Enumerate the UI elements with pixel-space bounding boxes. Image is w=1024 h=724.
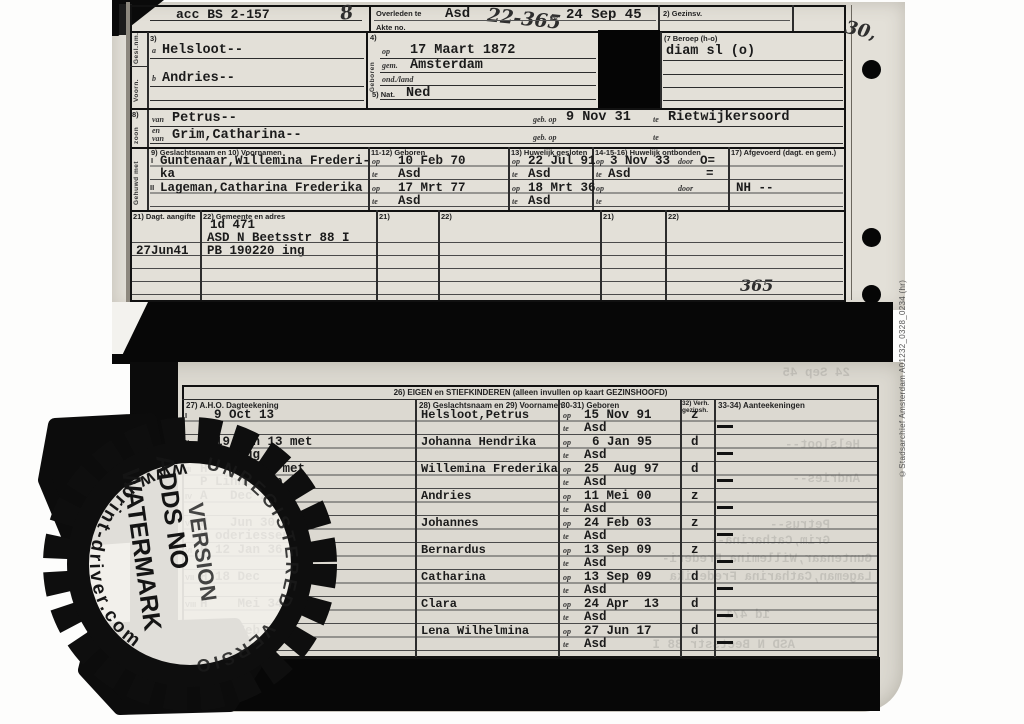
marriage-place: Asd xyxy=(528,167,551,181)
op-label: op xyxy=(512,184,520,193)
handwritten-mark: 8 xyxy=(339,1,355,25)
spouse-name: Lageman,Catharina Frederika xyxy=(160,181,363,195)
note-dash xyxy=(717,425,733,428)
divider xyxy=(438,210,440,300)
te-label: te xyxy=(563,505,569,514)
te-label: te xyxy=(563,478,569,487)
te-label: te xyxy=(512,197,518,206)
child-birth-date: 25 Aug 97 xyxy=(584,462,659,476)
child-name: Willemina Frederika xyxy=(421,462,558,476)
spouse-birth-date: 10 Feb 70 xyxy=(398,154,466,168)
ref3: 3) xyxy=(150,34,157,43)
te-label: te xyxy=(596,170,602,179)
op-label: op xyxy=(512,157,520,166)
col21b-header: 21) xyxy=(379,212,390,221)
rule xyxy=(150,100,364,101)
op-label: op xyxy=(563,519,571,528)
door-label: door xyxy=(678,157,693,166)
child-verh: d xyxy=(691,624,699,638)
child-birth-place: Asd xyxy=(584,502,607,516)
children-section-title: 26) EIGEN en STIEFKINDEREN (alleen invul… xyxy=(182,388,879,397)
child-birth-date: 27 Jun 17 xyxy=(584,624,652,638)
child-name: Helsloot,Petrus xyxy=(421,408,529,422)
spouse-name: Guntenaar,Willemina Frederi- xyxy=(160,154,370,168)
divider xyxy=(200,210,202,300)
op-label: op xyxy=(563,411,571,420)
child-birth-place: Asd xyxy=(584,583,607,597)
child-verh: d xyxy=(691,597,699,611)
child-name: Johanna Hendrika xyxy=(421,435,536,449)
divorce-code: O= xyxy=(700,154,715,168)
child-birth-place: Asd xyxy=(584,448,607,462)
nat-label: 5) Nat. xyxy=(372,90,395,99)
child-verh: d xyxy=(691,435,699,449)
child-birth-place: Asd xyxy=(584,637,607,651)
child-verh: z xyxy=(691,543,699,557)
child-birth-place: Asd xyxy=(584,421,607,435)
child-name: Catharina xyxy=(421,570,486,584)
te-label: te xyxy=(512,170,518,179)
van-label: van xyxy=(152,134,164,143)
row-divider xyxy=(130,31,846,33)
note-dash xyxy=(717,560,733,563)
divider xyxy=(665,210,667,300)
geb-op-label: geb. op xyxy=(533,115,557,124)
rule xyxy=(663,74,843,75)
child-verh: d xyxy=(691,570,699,584)
spouse-birth-place: Asd xyxy=(398,194,421,208)
child-birth-place: Asd xyxy=(584,556,607,570)
birth-date: 17 Maart 1872 xyxy=(410,43,515,58)
divorce-place: Asd xyxy=(608,167,631,181)
op-label: op xyxy=(596,184,604,193)
te-label: te xyxy=(372,170,378,179)
col21c-header: 21) xyxy=(603,212,614,221)
rule xyxy=(380,99,596,100)
geb-op-label: geb. op xyxy=(533,133,557,142)
col21-header: 21) Dagt. aangifte xyxy=(133,212,196,221)
zoon-label: zoon xyxy=(133,118,140,144)
te-label: te xyxy=(563,586,569,595)
child-name: Andries xyxy=(421,489,471,503)
scanned-archive-page: acc BS 2-157 8 Overleden te Akte no. Asd… xyxy=(0,0,1024,724)
te-label: te xyxy=(563,640,569,649)
child-birth-place: Asd xyxy=(584,475,607,489)
op-label: op xyxy=(382,47,390,56)
divider xyxy=(660,32,662,108)
marker-a: a xyxy=(152,46,156,55)
marker-b: b xyxy=(152,74,156,83)
op-label: op xyxy=(563,492,571,501)
te-label: te xyxy=(596,197,602,206)
op-label: op xyxy=(372,157,380,166)
afgevoerd-value: NH -- xyxy=(736,181,774,195)
child-birth-date: 13 Sep 09 xyxy=(584,543,652,557)
marriage-date: 18 Mrt 36 xyxy=(528,181,596,195)
voorn-label: Voorn. xyxy=(133,74,140,102)
father-birth-place: Rietwijkersoord xyxy=(668,110,790,125)
note-dash xyxy=(717,641,733,644)
divider xyxy=(366,32,368,108)
beroep-value: diam sl (o) xyxy=(666,44,755,59)
beroep-label: (7 Beroep (h-o) xyxy=(664,34,717,43)
divorce-mark: = xyxy=(706,167,714,181)
note-dash xyxy=(717,587,733,590)
op-label: op xyxy=(563,546,571,555)
child-birth-date: 15 Nov 91 xyxy=(584,408,652,422)
spouse-roman: I xyxy=(151,156,153,165)
op-label: op xyxy=(596,157,604,166)
rule xyxy=(150,143,843,144)
te-label: te xyxy=(653,133,659,142)
op-label: op xyxy=(372,184,380,193)
note-dash xyxy=(717,452,733,455)
col22c-header: 22) xyxy=(668,212,679,221)
rule xyxy=(663,60,843,61)
col22b-header: 22) xyxy=(441,212,452,221)
scan-black-band xyxy=(112,302,893,364)
redaction-box xyxy=(598,30,660,110)
child-name: Lena Wilhelmina xyxy=(421,624,529,638)
rule xyxy=(150,20,362,21)
mother-name: Grim,Catharina-- xyxy=(172,128,302,143)
gem-label: gem. xyxy=(382,61,398,70)
overleden-label: Overleden te xyxy=(376,9,421,18)
punch-hole xyxy=(862,60,881,79)
col-verh-header: 32) Verh. xyxy=(682,400,709,407)
note-dash xyxy=(717,614,733,617)
rule xyxy=(150,58,364,59)
child-birth-date: 24 Apr 13 xyxy=(584,597,659,611)
rule xyxy=(150,86,364,87)
gehuwd-met-label: Gehuwd met xyxy=(133,153,140,205)
te-label: te xyxy=(653,115,659,124)
divider xyxy=(658,5,660,32)
te-label: te xyxy=(372,197,378,206)
spouse-roman: II xyxy=(150,183,154,192)
child-verh: z xyxy=(691,408,699,422)
door-label: door xyxy=(678,184,693,193)
note-dash xyxy=(717,533,733,536)
father-birth-date: 9 Nov 31 xyxy=(566,110,631,125)
child-verh: z xyxy=(691,516,699,530)
table-border-right xyxy=(844,5,846,302)
divider xyxy=(369,5,371,32)
print-driver-watermark-stamp: www.print-driver.com UNREGISTERED VERSIO… xyxy=(18,412,362,718)
note-dash xyxy=(717,479,733,482)
geslnm-label: Gesl.nm. xyxy=(133,36,140,64)
child-birth-date: 24 Feb 03 xyxy=(584,516,652,530)
child-birth-date: 6 Jan 95 xyxy=(592,435,652,449)
child-name: Bernardus xyxy=(421,543,486,557)
punch-hole xyxy=(862,228,881,247)
table-border-top xyxy=(182,385,879,387)
gezinsv-label: 2) Gezinsv. xyxy=(663,9,702,18)
geboren-label: Geboren xyxy=(369,48,376,92)
rule xyxy=(380,72,596,73)
child-birth-date: 13 Sep 09 xyxy=(584,570,652,584)
op-label: op xyxy=(563,438,571,447)
op-label: op xyxy=(563,600,571,609)
te-label: te xyxy=(563,451,569,460)
rule xyxy=(374,20,656,21)
child-name: Johannes xyxy=(421,516,479,530)
child-birth-place: Asd xyxy=(584,610,607,624)
divider xyxy=(508,147,510,210)
child-birth-date: 11 Mei 00 xyxy=(584,489,652,503)
note-dash xyxy=(717,506,733,509)
spouse-birth-place: Asd xyxy=(398,167,421,181)
child-name: Clara xyxy=(421,597,457,611)
registration-grid-lines xyxy=(132,230,843,300)
table-edge-crease xyxy=(851,5,852,300)
op-label: op xyxy=(563,627,571,636)
op-label: op xyxy=(563,465,571,474)
divider xyxy=(792,5,794,32)
ghost-line: 24 Sep 45 xyxy=(782,366,850,380)
surname: Helsloot-- xyxy=(162,43,243,58)
strip-divider xyxy=(130,66,147,67)
given-name: Andries-- xyxy=(162,71,235,86)
divider xyxy=(376,210,378,300)
child-birth-place: Asd xyxy=(584,529,607,543)
archive-copyright: ©Stadsarchief Amsterdam A01232_0328_0234… xyxy=(898,128,907,478)
divorce-date: 3 Nov 33 xyxy=(610,154,670,168)
rule xyxy=(150,126,843,127)
marriage-place: Asd xyxy=(528,194,551,208)
rule xyxy=(663,100,843,101)
van-label: van xyxy=(152,115,164,124)
divider xyxy=(728,147,730,210)
te-label: te xyxy=(563,613,569,622)
child-verh: d xyxy=(691,462,699,476)
ref4: 4) xyxy=(370,33,377,42)
title-divider xyxy=(182,399,879,400)
birth-place: Amsterdam xyxy=(410,58,483,73)
te-label: te xyxy=(563,424,569,433)
ondland-label: ond./land xyxy=(382,75,413,84)
divider xyxy=(600,210,602,300)
child-verh: z xyxy=(691,489,699,503)
bleed-through-text: 24 Sep 45 xyxy=(560,366,890,380)
label-strip-divider xyxy=(147,32,149,210)
rule xyxy=(663,87,843,88)
father-name: Petrus-- xyxy=(172,111,237,126)
rule xyxy=(660,20,790,21)
te-label: te xyxy=(563,559,569,568)
spouse-birth-date: 17 Mrt 77 xyxy=(398,181,466,195)
spouse-name-cont: ka xyxy=(160,167,175,181)
op-label: op xyxy=(563,573,571,582)
te-label: te xyxy=(563,532,569,541)
marriage-date: 22 Jul 91 xyxy=(528,154,596,168)
